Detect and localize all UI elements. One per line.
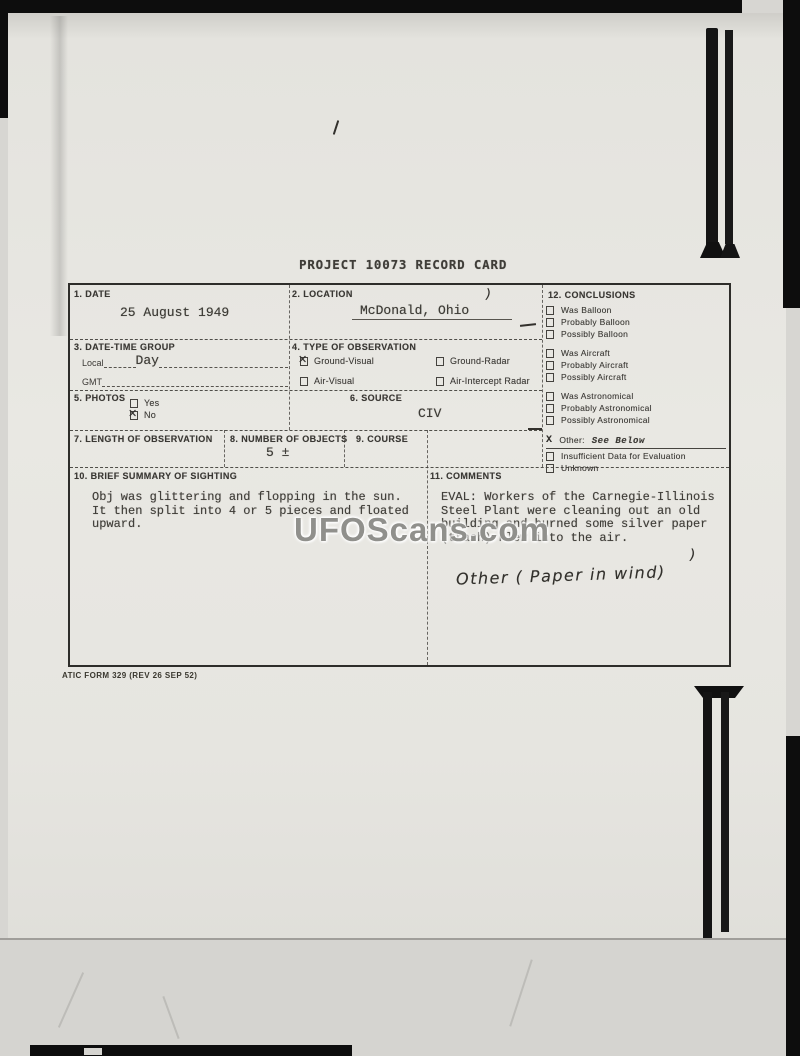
option-label: Air-Intercept Radar [450, 376, 530, 386]
checkbox-icon [546, 404, 554, 413]
conclusion-item: Possibly Aircraft [546, 373, 726, 382]
type-of-observation-label: 4. TYPE OF OBSERVATION [292, 342, 416, 352]
source-label: 6. SOURCE [350, 393, 402, 403]
conclusion-item: Was Balloon [546, 306, 726, 315]
observation-option: Air-Visual [300, 376, 428, 386]
checkbox-icon [130, 411, 138, 420]
conclusion-label: Other: [559, 436, 584, 445]
conclusion-item: Probably Balloon [546, 318, 726, 327]
checkbox-icon [546, 373, 554, 382]
conclusion-label: Was Aircraft [561, 349, 610, 358]
conclusion-item: Was Astronomical [546, 392, 726, 401]
scan-edge-bottom-notch [84, 1048, 102, 1055]
stray-mark: ) [690, 547, 698, 563]
conclusions-label: 12. CONCLUSIONS [548, 290, 636, 300]
conclusion-label: Possibly Astronomical [561, 416, 650, 425]
option-label: No [144, 410, 156, 420]
scan-edge-bottom [30, 1045, 352, 1056]
location-label: 2. LOCATION [292, 289, 353, 299]
form-number: ATIC FORM 329 (REV 26 SEP 52) [62, 671, 197, 680]
checkbox-icon [546, 416, 554, 425]
checkbox-icon [300, 357, 308, 366]
binding-mark-bottom [694, 686, 746, 938]
number-of-objects-label: 8. NUMBER OF OBJECTS [230, 434, 348, 444]
conclusion-note: See Below [592, 436, 645, 446]
scanner-backing [0, 938, 800, 1056]
fill-line [102, 375, 288, 387]
checkbox-icon [546, 452, 554, 461]
grid-line [224, 430, 225, 467]
brief-summary-label: 10. BRIEF SUMMARY OF SIGHTING [74, 471, 237, 481]
fill-line [104, 356, 136, 368]
conclusion-label: Probably Aircraft [561, 361, 628, 370]
scan-edge-right-bottom [786, 736, 800, 1056]
conclusion-label: Was Astronomical [561, 392, 634, 401]
conclusion-item: Insufficient Data for Evaluation [546, 452, 726, 461]
checkbox-icon [546, 349, 554, 358]
conclusion-item: Possibly Balloon [546, 330, 726, 339]
conclusion-item: Was Aircraft [546, 349, 726, 358]
checkbox-icon [546, 392, 554, 401]
comments-label: 11. COMMENTS [430, 471, 502, 481]
scan-edge-left [0, 0, 8, 118]
date-value: 25 August 1949 [120, 305, 229, 320]
source-value: CIV [418, 406, 441, 421]
photos-label: 5. PHOTOS [74, 393, 125, 403]
binding-mark-top [700, 28, 746, 260]
conclusion-label: Insufficient Data for Evaluation [561, 452, 686, 461]
conclusion-item: Probably Aircraft [546, 361, 726, 370]
scanned-record-card-page: PROJECT 10073 RECORD CARD 1. DATE 25 Aug… [0, 0, 800, 1056]
paper-crease [162, 996, 179, 1039]
paper-crease [509, 959, 533, 1026]
option-label: Air-Visual [314, 376, 354, 386]
observation-option: Ground-Radar [436, 356, 530, 366]
checkbox-icon [546, 361, 554, 370]
scan-edge-top [0, 0, 742, 13]
grid-line [70, 339, 542, 340]
stray-dash-mark [528, 428, 542, 430]
option-label: Ground-Radar [450, 356, 510, 366]
page-title: PROJECT 10073 RECORD CARD [299, 257, 507, 272]
conclusion-label: Possibly Aircraft [561, 373, 627, 382]
stray-mark: ) [486, 287, 493, 302]
local-value: Day [136, 353, 159, 368]
paper-crease [58, 972, 84, 1028]
handwritten-note: Other ( Paper in wind) [456, 562, 666, 588]
conclusion-item: Unknown [546, 464, 726, 473]
option-label: Yes [144, 398, 159, 408]
stray-dash-mark [520, 323, 536, 327]
observation-option: Air-Intercept Radar [436, 376, 530, 386]
checkbox-icon: X [546, 435, 552, 446]
checkbox-icon [436, 357, 444, 366]
length-of-observation-label: 7. LENGTH OF OBSERVATION [74, 434, 213, 444]
watermark: UFOScans.com [294, 511, 550, 549]
checkbox-icon [300, 377, 308, 386]
checkbox-icon [546, 330, 554, 339]
grid-line [70, 430, 542, 431]
checkbox-icon [546, 318, 554, 327]
paper-edge-shadow [50, 16, 68, 336]
checkbox-icon [436, 377, 444, 386]
grid-line [70, 390, 542, 391]
photos-options: Yes No [130, 398, 159, 420]
local-label: Local [82, 358, 104, 368]
grid-line [289, 285, 290, 430]
fill-line [159, 356, 288, 368]
course-label: 9. COURSE [356, 434, 408, 444]
number-of-objects-value: 5 ± [266, 445, 289, 460]
conclusion-label: Unknown [561, 464, 599, 473]
observation-options: Ground-Visual Ground-Radar Air-Visual Ai… [300, 356, 530, 386]
checkbox-icon [546, 464, 554, 473]
conclusion-item: Possibly Astronomical [546, 416, 726, 425]
location-value: McDonald, Ohio [352, 303, 512, 320]
observation-option: Ground-Visual [300, 356, 428, 366]
date-time-group-label: 3. DATE-TIME GROUP [74, 342, 175, 352]
date-label: 1. DATE [74, 289, 111, 299]
option-label: Ground-Visual [314, 356, 374, 366]
conclusion-label: Was Balloon [561, 306, 612, 315]
grid-line [542, 285, 543, 467]
gmt-row: GMT [82, 375, 288, 387]
conclusion-label: Possibly Balloon [561, 330, 628, 339]
conclusion-label: Probably Balloon [561, 318, 630, 327]
conclusion-label: Probably Astronomical [561, 404, 652, 413]
record-card: 1. DATE 25 August 1949 2. LOCATION McDon… [68, 283, 731, 667]
scan-edge-right-top [783, 0, 800, 308]
local-row: Local Day [82, 353, 288, 368]
conclusion-item: X Other: See Below [546, 435, 726, 449]
gmt-label: GMT [82, 377, 102, 387]
conclusion-item: Probably Astronomical [546, 404, 726, 413]
photos-option: No [130, 410, 159, 420]
checkbox-icon [546, 306, 554, 315]
conclusions-list: Was Balloon Probably Balloon Possibly Ba… [546, 303, 726, 473]
